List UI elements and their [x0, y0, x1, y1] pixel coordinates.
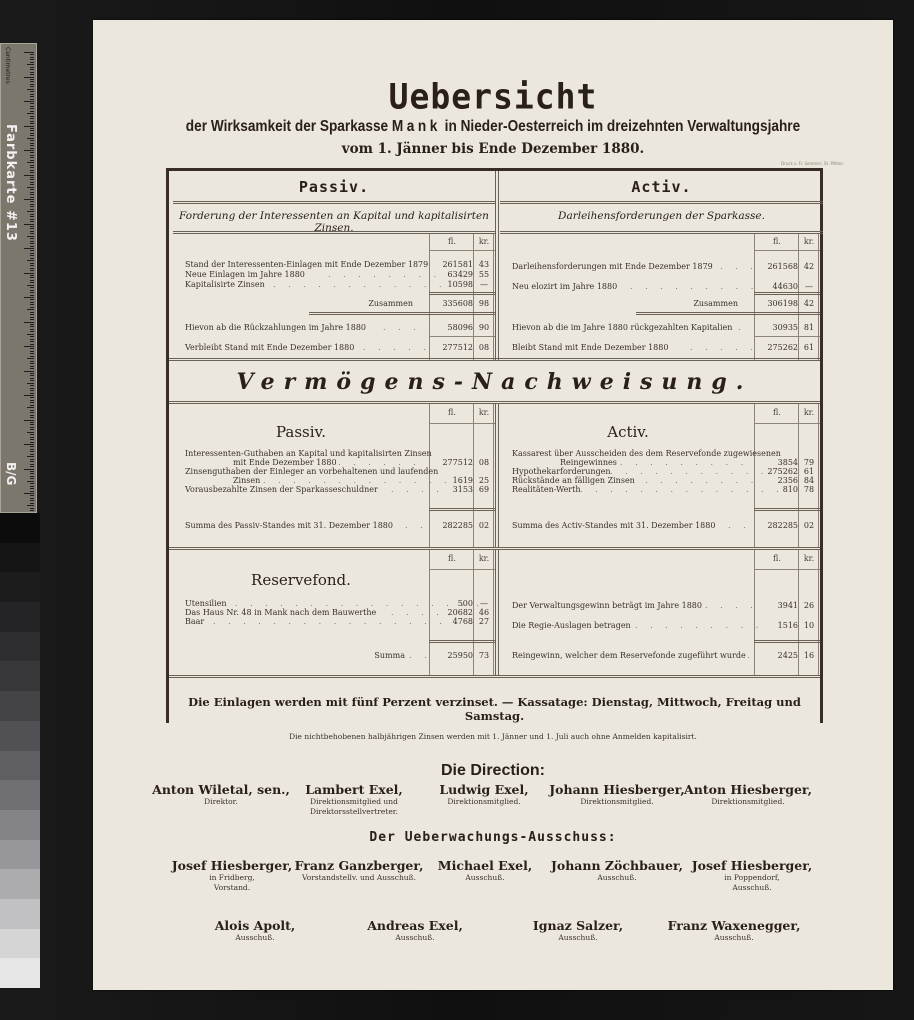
ruler-tick	[30, 390, 34, 391]
ruler-tick	[30, 299, 34, 300]
ruler-tick	[30, 72, 34, 73]
vermoegen-section: fl. kr. Passiv. Interessenten-Guthaben a…	[173, 404, 816, 547]
table-row: Kapitalisirte Zinsen. . . . . . . . . . …	[173, 279, 495, 290]
col-head-fl: fl.	[755, 237, 799, 246]
ruler-tick	[30, 290, 34, 291]
ruler-tick	[30, 424, 34, 425]
rule	[429, 640, 495, 643]
ruler-tick	[30, 69, 34, 70]
rule	[169, 358, 820, 361]
signatory-role: Ausschuß.	[547, 873, 687, 883]
ruler-tick	[24, 150, 34, 151]
signatory: Johann Zöchbauer,Ausschuß.	[547, 858, 687, 883]
printer-imprint: Druck v. Fr. Sommer, St. Pölten	[781, 161, 843, 166]
rule	[754, 336, 820, 337]
signatory: Anton Wiletal, sen.,Direktor.	[151, 782, 291, 807]
ruler-tick	[30, 324, 34, 325]
ruler-tick	[30, 130, 34, 131]
signatory: Andreas Exel,Ausschuß.	[345, 918, 485, 943]
rule	[754, 508, 820, 511]
signatory: Lambert Exel,Direktionsmitglied undDirek…	[284, 782, 424, 817]
ruler-tick	[24, 248, 34, 249]
total-row: Reingewinn, welcher dem Reservefonde zug…	[500, 650, 823, 661]
signatory: Alois Apolt,Ausschuß.	[185, 918, 325, 943]
ruler-tick	[30, 464, 34, 465]
reservefond-heading: Reservefond.	[173, 571, 429, 589]
activ-heading: Activ.	[500, 178, 823, 196]
signatory-role: Direktionsmitglied und	[284, 797, 424, 807]
ruler-tick	[30, 356, 34, 357]
rule	[429, 250, 495, 251]
col-head-fl: fl.	[430, 408, 474, 417]
ruler-tick	[30, 111, 34, 112]
table-row: Darleihensforderungen mit Ende Dezember …	[500, 261, 823, 272]
table-row: Hievon ab die im Jahre 1880 rückgezahlte…	[500, 322, 823, 333]
signatory-name: Johann Hiesberger,	[547, 782, 687, 797]
ruler-tick	[30, 446, 34, 447]
signatory-name: Michael Exel,	[415, 858, 555, 873]
signatory: Franz Ganzberger,Vorstandstellv. und Aus…	[289, 858, 429, 883]
signatory-role: Ausschuß.	[508, 933, 648, 943]
ruler-tick	[30, 106, 34, 107]
ruler-tick	[30, 219, 34, 220]
table-row: Neu elozirt im Jahre 1880. . . . . . . .…	[500, 281, 823, 292]
ruler-tick	[30, 397, 34, 398]
ruler-tick	[30, 280, 34, 281]
ruler-tick	[30, 405, 34, 406]
direction-heading: Die Direction:	[93, 762, 893, 780]
signatory: Michael Exel,Ausschuß.	[415, 858, 555, 883]
ruler-tick	[30, 140, 34, 141]
ruler-tick	[27, 481, 34, 482]
vermoegen-activ: fl. kr. Activ. Kassarest über Ausscheide…	[500, 404, 823, 547]
ruler-tick	[30, 231, 34, 232]
ruler-unit-label: Centimetres	[4, 47, 11, 84]
ruler-tick	[30, 275, 34, 276]
ruler-tick	[27, 236, 34, 237]
col-head-kr: kr.	[799, 408, 819, 417]
ruler-tick	[30, 226, 34, 227]
ruler-tick	[30, 476, 34, 477]
page-subtitle: der Wirksamkeit der Sparkasse Mank in Ni…	[141, 118, 845, 136]
ruler-tick	[30, 385, 34, 386]
rule	[429, 292, 495, 295]
ruler-tick	[30, 86, 34, 87]
ruler-tick	[30, 449, 34, 450]
ruler-tick	[30, 204, 34, 205]
grey-patch	[0, 632, 40, 662]
table-row: Die Regie-Auslagen betragen. . . . . . .…	[500, 620, 823, 631]
vermoegen-title: Vermögens-Nachweisung.	[169, 369, 820, 395]
ruler-tick	[30, 167, 34, 168]
ruler-tick	[30, 62, 34, 63]
ruler-tick	[30, 91, 34, 92]
ruler-tick	[27, 64, 34, 65]
ruler-tick	[24, 371, 34, 372]
ruler-tick	[30, 508, 34, 509]
ruler-tick	[30, 439, 34, 440]
ruler-tick	[27, 407, 34, 408]
ruler-tick	[30, 165, 34, 166]
ruler-tick	[30, 265, 34, 266]
ruler-tick	[30, 177, 34, 178]
signatory-name: Alois Apolt,	[185, 918, 325, 933]
document-page: Uebersicht der Wirksamkeit der Sparkasse…	[93, 20, 893, 990]
ruler-tick	[27, 285, 34, 286]
signatory: Anton Hiesberger,Direktionsmitglied.	[678, 782, 818, 807]
grey-patch	[0, 780, 40, 810]
activ-heading: Activ.	[500, 423, 756, 441]
subtitle-text-2: in Nieder-Oesterreich im dreizehnten Ver…	[441, 118, 800, 135]
ruler-tick	[30, 366, 34, 367]
reservefond: fl. kr. Reservefond. Utensilien. . . . .…	[173, 550, 495, 675]
ruler-tick	[30, 282, 34, 283]
signatory-role: Vorstand.	[162, 883, 302, 893]
column-divider	[495, 171, 499, 360]
ruler-tick	[30, 255, 34, 256]
ruler-tick	[30, 461, 34, 462]
ruler-tick	[30, 160, 34, 161]
grey-patch	[0, 691, 40, 721]
col-head-fl: fl.	[430, 554, 474, 563]
table-row: Realitäten-Werth. . . . . . . . . . . . …	[500, 484, 823, 495]
col-head-kr: kr.	[474, 554, 494, 563]
col-head-kr: kr.	[799, 237, 819, 246]
signatory: Josef Hiesberger,in Fridberg,Vorstand.	[162, 858, 302, 893]
ruler-tick	[24, 77, 34, 78]
ruler-tick	[30, 59, 34, 60]
committee-heading: Der Ueberwachungs-Ausschuss:	[93, 830, 893, 845]
rule	[754, 250, 820, 251]
ruler-tick	[27, 358, 34, 359]
ruler-tick	[30, 326, 34, 327]
ruler-tick	[30, 228, 34, 229]
grey-patches	[0, 513, 40, 988]
ruler-tick	[30, 57, 34, 58]
grey-patch	[0, 869, 40, 899]
signatory-role: Direktorsstellvertreter.	[284, 807, 424, 817]
capitalisation-note: Die nichtbehobenen halbjährigen Zinsen w…	[93, 732, 893, 741]
grey-patch	[0, 751, 40, 781]
ruler-tick	[30, 143, 34, 144]
ruler-tick	[30, 192, 34, 193]
ruler-tick	[30, 201, 34, 202]
rule	[429, 336, 495, 337]
ruler-tick	[30, 393, 34, 394]
activ-subheading: Darleihensforderungen der Sparkasse.	[500, 210, 823, 222]
ruler-tick	[30, 486, 34, 487]
overview-section: Passiv. Forderung der Interessenten an K…	[173, 171, 816, 360]
signatory: Ludwig Exel,Direktionsmitglied.	[414, 782, 554, 807]
signatory-name: Josef Hiesberger,	[682, 858, 822, 873]
ruler-tick	[24, 322, 34, 323]
ruler-tick	[30, 241, 34, 242]
ruler-tick	[30, 344, 34, 345]
grey-patch	[0, 899, 40, 929]
signatory: Johann Hiesberger,Direktionsmitglied.	[547, 782, 687, 807]
ruler-tick	[30, 341, 34, 342]
ruler-tick	[30, 312, 34, 313]
ruler-tick	[30, 495, 34, 496]
ruler-tick	[30, 471, 34, 472]
rule	[309, 312, 495, 315]
ruler-tick	[30, 473, 34, 474]
ruler-tick	[30, 103, 34, 104]
signatory-name: Franz Waxenegger,	[664, 918, 804, 933]
ruler-tick	[30, 373, 34, 374]
ruler-tick	[30, 108, 34, 109]
ruler-tick	[30, 214, 34, 215]
ruler-tick	[27, 334, 34, 335]
ruler-tick	[30, 415, 34, 416]
grey-patch	[0, 572, 40, 602]
grey-patch	[0, 661, 40, 691]
ruler-tick	[30, 268, 34, 269]
ruler-tick	[30, 206, 34, 207]
col-head-fl: fl.	[755, 554, 799, 563]
ruler-tick	[30, 427, 34, 428]
ruler-tick	[30, 189, 34, 190]
total-row: Zusammen30619842	[500, 298, 823, 309]
signatory: Franz Waxenegger,Ausschuß.	[664, 918, 804, 943]
ruler-tick	[30, 99, 34, 100]
rule	[754, 423, 820, 424]
column-divider	[495, 404, 499, 547]
ruler-tick	[27, 187, 34, 188]
ruler-tick	[30, 331, 34, 332]
ruler-tick	[24, 493, 34, 494]
ruler-tick	[30, 79, 34, 80]
ruler-tick	[30, 304, 34, 305]
ruler-tick	[24, 444, 34, 445]
signatory-role: Ausschuß.	[345, 933, 485, 943]
ruler-tick	[30, 488, 34, 489]
ruler-tick	[27, 383, 34, 384]
ruler-tick	[24, 101, 34, 102]
color-card-code: B/G	[4, 462, 18, 485]
col-head-kr: kr.	[474, 237, 494, 246]
ruler-tick	[30, 121, 34, 122]
ruler-tick	[24, 420, 34, 421]
color-scale: Centimetres Farbkarte #13 B/G	[0, 43, 38, 988]
ruler-tick	[30, 336, 34, 337]
grey-patch	[0, 958, 40, 988]
ruler-tick	[30, 317, 34, 318]
ruler-tick	[30, 74, 34, 75]
ruler-tick	[24, 395, 34, 396]
signatory-name: Franz Ganzberger,	[289, 858, 429, 873]
signatory-name: Johann Zöchbauer,	[547, 858, 687, 873]
ruler-tick	[30, 135, 34, 136]
ruler-tick	[30, 197, 34, 198]
ruler-tick	[30, 184, 34, 185]
signatory: Ignaz Salzer,Ausschuß.	[508, 918, 648, 943]
ruler-tick	[30, 233, 34, 234]
ruler-tick	[30, 157, 34, 158]
column-divider	[495, 550, 499, 675]
signatory-name: Ignaz Salzer,	[508, 918, 648, 933]
ruler-tick	[30, 351, 34, 352]
ruler-tick	[30, 292, 34, 293]
ruler-tick	[27, 432, 34, 433]
ruler-tick	[30, 133, 34, 134]
table-row: Der Verwaltungsgewinn beträgt im Jahre 1…	[500, 600, 823, 611]
ruler-tick	[30, 510, 34, 511]
rule	[169, 675, 820, 678]
ruler-tick	[30, 402, 34, 403]
grey-patch	[0, 810, 40, 840]
ruler-tick	[30, 145, 34, 146]
ruler-tick	[30, 216, 34, 217]
table-row: Verbleibt Stand mit Ende Dezember 1880. …	[173, 342, 495, 353]
signatory-role: Ausschuß.	[415, 873, 555, 883]
grey-patch	[0, 929, 40, 959]
ruler-tick	[30, 400, 34, 401]
grey-patch	[0, 721, 40, 751]
ruler-tick	[30, 454, 34, 455]
ruler-tick	[27, 309, 34, 310]
ruler-tick	[30, 287, 34, 288]
ruler-tick	[30, 459, 34, 460]
ruler-tick	[30, 263, 34, 264]
ruler-tick	[30, 54, 34, 55]
signatory-name: Andreas Exel,	[345, 918, 485, 933]
ruler-tick	[30, 182, 34, 183]
signatory-role: Ausschuß.	[185, 933, 325, 943]
ruler-tick	[30, 81, 34, 82]
ruler-tick	[30, 179, 34, 180]
ruler-tick	[27, 138, 34, 139]
signatory-role: Direktor.	[151, 797, 291, 807]
rule	[429, 569, 495, 570]
ruler-tick	[30, 375, 34, 376]
ruler-tick	[27, 211, 34, 212]
ruler-tick	[30, 123, 34, 124]
ruler-tick	[30, 503, 34, 504]
page-title: Uebersicht	[93, 76, 893, 117]
ruler-tick	[30, 253, 34, 254]
signatory-role: Direktionsmitglied.	[547, 797, 687, 807]
table-row: Hievon ab die Rückzahlungen im Jahre 188…	[173, 322, 495, 333]
signatory-role: Ausschuß.	[664, 933, 804, 943]
ruler-tick	[30, 442, 34, 443]
color-card-label: Farbkarte #13	[3, 124, 18, 242]
ruler-tick	[30, 314, 34, 315]
interest-and-office-days: Die Einlagen werden mit fünf Perzent ver…	[169, 695, 820, 723]
ruler-tick	[30, 96, 34, 97]
grey-patch	[0, 602, 40, 632]
passiv-heading: Passiv.	[173, 178, 495, 196]
ruler-tick	[30, 361, 34, 362]
date-range: vom 1. Jänner bis Ende Dezember 1880.	[93, 141, 893, 157]
ruler-tick	[30, 172, 34, 173]
ruler-tick	[30, 307, 34, 308]
ruler-tick	[30, 243, 34, 244]
signatory-name: Lambert Exel,	[284, 782, 424, 797]
ruler-tick	[27, 260, 34, 261]
ruler-tick	[30, 380, 34, 381]
ruler-tick	[24, 199, 34, 200]
signatory-name: Josef Hiesberger,	[162, 858, 302, 873]
signatory-name: Anton Wiletal, sen.,	[151, 782, 291, 797]
ruler-tick	[30, 94, 34, 95]
ruler-tick	[30, 84, 34, 85]
overview-passiv: Passiv. Forderung der Interessenten an K…	[173, 171, 495, 360]
ruler-tick	[30, 258, 34, 259]
ruler-tick	[30, 152, 34, 153]
ruler-tick	[30, 412, 34, 413]
ruler-tick	[30, 363, 34, 364]
ruler-tick	[30, 348, 34, 349]
ruler-tick	[30, 353, 34, 354]
ruler-tick	[30, 148, 34, 149]
grey-patch	[0, 840, 40, 870]
ruler-tick	[30, 246, 34, 247]
rule	[500, 201, 823, 204]
ruler-tick	[24, 175, 34, 176]
total-row: Summa des Activ-Standes mit 31. Dezember…	[500, 520, 823, 531]
col-head-kr: kr.	[474, 408, 494, 417]
rule	[429, 423, 495, 424]
ruler-tick	[30, 329, 34, 330]
ruler-tick	[27, 113, 34, 114]
passiv-heading: Passiv.	[173, 423, 429, 441]
signatory-role: Direktionsmitglied.	[414, 797, 554, 807]
signatory-role: Direktionsmitglied.	[678, 797, 818, 807]
ruler-tick	[24, 52, 34, 53]
ruler-tick	[30, 434, 34, 435]
ruler-tick	[30, 451, 34, 452]
total-row: Summa. .2595073	[173, 650, 495, 661]
ruler-tick	[24, 126, 34, 127]
ruler: Centimetres Farbkarte #13 B/G	[0, 43, 37, 513]
col-head-fl: fl.	[430, 237, 474, 246]
rule	[754, 640, 820, 643]
ruler-tick	[30, 277, 34, 278]
ruler-tick	[30, 491, 34, 492]
ruler-tick	[30, 500, 34, 501]
ruler-tick	[30, 295, 34, 296]
vermoegen-passiv: fl. kr. Passiv. Interessenten-Guthaben a…	[173, 404, 495, 547]
ruler-tick	[30, 437, 34, 438]
ruler-tick	[30, 422, 34, 423]
ruler-tick	[24, 224, 34, 225]
ruler-tick	[30, 498, 34, 499]
overview-activ: Activ. Darleihensforderungen der Sparkas…	[500, 171, 823, 360]
ruler-tick	[30, 128, 34, 129]
table-row: Baar. . . . . . . . . . . . . . . . . . …	[173, 616, 495, 627]
ruler-tick	[30, 378, 34, 379]
ruler-tick	[30, 270, 34, 271]
ruler-tick	[27, 505, 34, 506]
ruler-tick	[30, 170, 34, 171]
ruler-tick	[30, 388, 34, 389]
signatory-role: in Poppendorf,	[682, 873, 822, 883]
ruler-tick	[30, 339, 34, 340]
ruler-tick	[30, 466, 34, 467]
ruler-tick	[30, 118, 34, 119]
grey-patch	[0, 543, 40, 573]
ruler-tick	[30, 155, 34, 156]
signatory-name: Anton Hiesberger,	[678, 782, 818, 797]
signatory: Josef Hiesberger,in Poppendorf,Ausschuß.	[682, 858, 822, 893]
ruler-tick	[30, 116, 34, 117]
ruler-tick	[30, 319, 34, 320]
ruler-tick	[30, 478, 34, 479]
ruler-tick	[24, 346, 34, 347]
subtitle-text-1: der Wirksamkeit der Sparkasse	[186, 118, 392, 135]
ruler-tick	[30, 483, 34, 484]
